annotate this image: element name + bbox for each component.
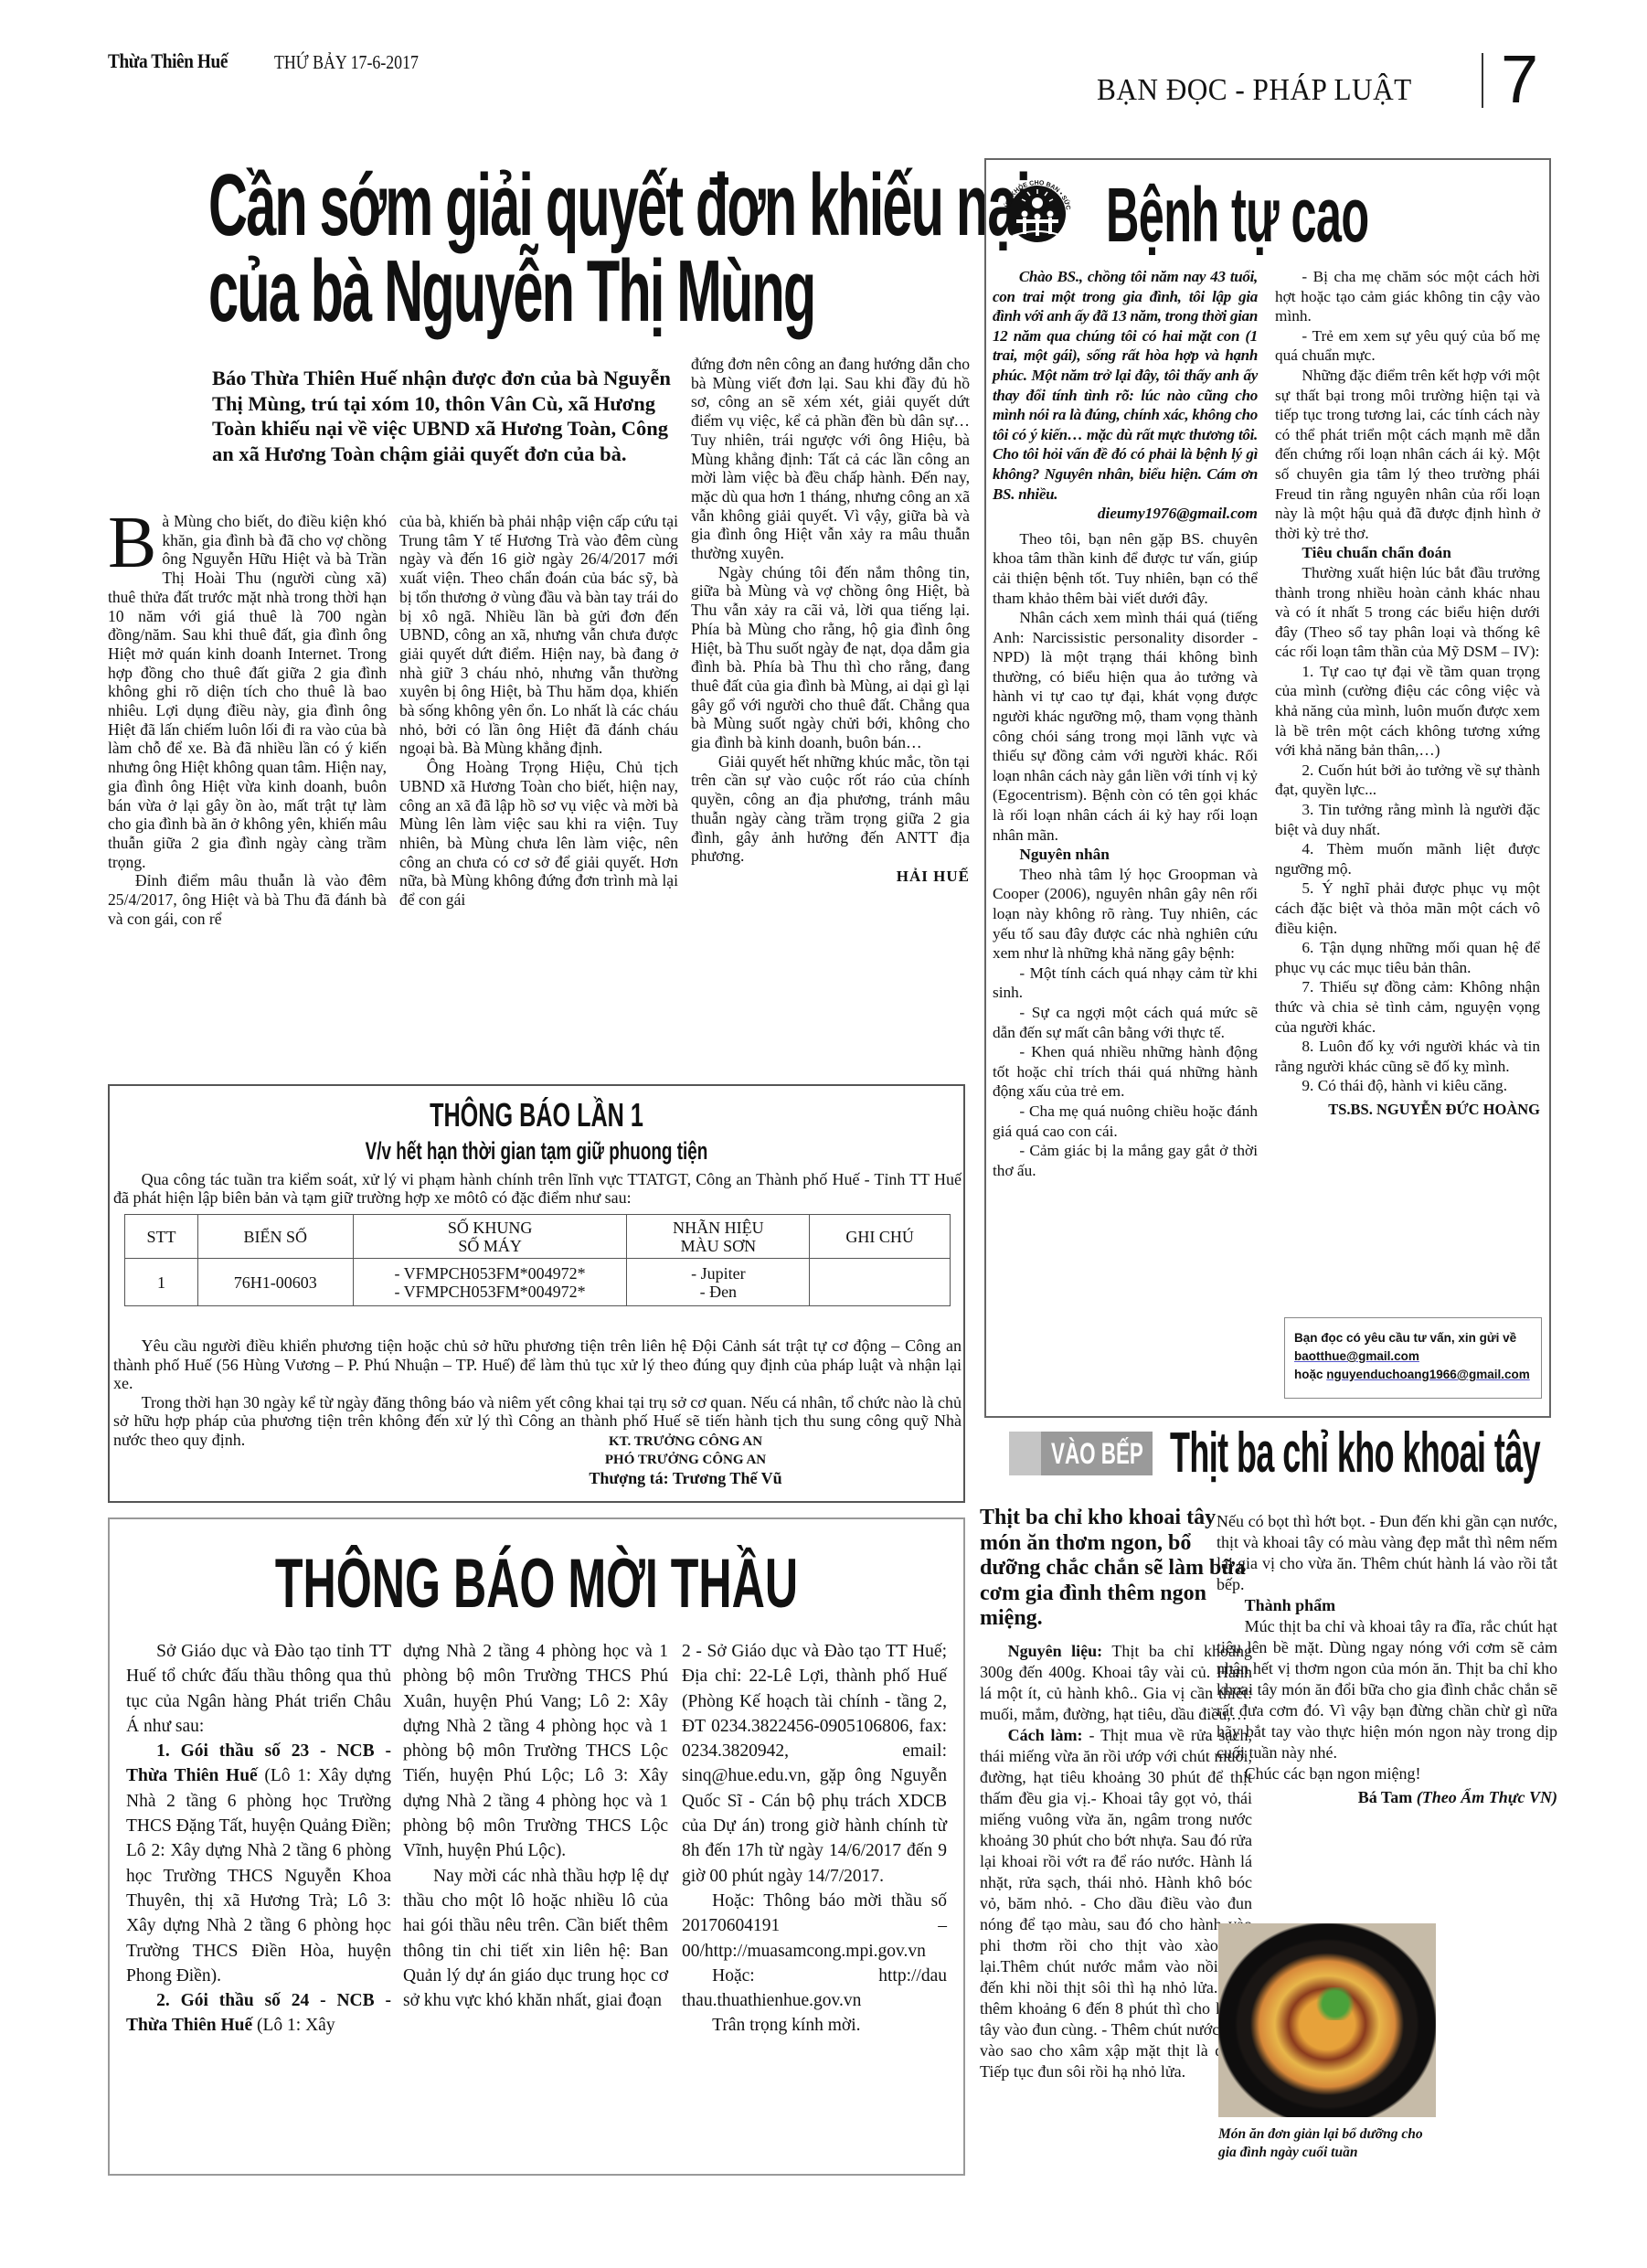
notice-title: THÔNG BÁO LẦN 1: [237, 1097, 837, 1134]
column-header: SỐ KHUNGSỐ MÁY: [353, 1215, 627, 1259]
lead-headline-line-2: của bà Nguyễn Thị Mùng: [208, 249, 685, 335]
contact-email-link-2[interactable]: nguyenduchoang1966@gmail.com: [1326, 1368, 1529, 1381]
cause-item: - Sự ca ngợi một cách quá mức sẽ dẫn đến…: [993, 1003, 1258, 1042]
lead-paragraph: Đỉnh điểm mâu thuẫn là vào đêm 25/4/2017…: [108, 871, 387, 928]
tender-column-2: dựng Nhà 2 tầng 4 phòng học và 1 phòng b…: [403, 1639, 668, 2013]
lead-paragraph: Bà Mùng cho biết, do điều kiện khó khăn,…: [108, 512, 387, 871]
recipe-lead: Thịt ba chỉ kho khoai tây món ăn thơm ng…: [980, 1506, 1252, 1632]
reader-question: Chào BS., chồng tôi năm nay 43 tuổi, con…: [993, 267, 1258, 504]
recipe-tag: VÀO BẾP: [1051, 1436, 1143, 1471]
notice-body: Yêu cầu người điều khiển phương tiện hoặ…: [113, 1336, 962, 1449]
lead-paragraph: Ngày chúng tôi đến nắm thông tin, giữa b…: [691, 563, 970, 752]
health-column-2: - Bị cha mẹ chăm sóc một cách hời hợt ho…: [1275, 267, 1540, 1120]
cell-brand-color: - Jupiter- Đen: [627, 1259, 810, 1306]
criteria-item: 4. Thèm muốn mãnh liệt được ngưỡng mộ.: [1275, 839, 1540, 878]
lead-column-1: Bà Mùng cho biết, do điều kiện khó khăn,…: [108, 512, 387, 928]
notice-intro: Qua công tác tuần tra kiểm soát, xử lý v…: [113, 1170, 962, 1207]
herb-garnish-icon: [1308, 1987, 1363, 2020]
cell-note: [810, 1259, 951, 1306]
answer-paragraph: Theo tôi, bạn nên gặp BS. chuyên khoa tâ…: [993, 529, 1258, 608]
tender-link[interactable]: Hoặc: Thông báo mời thầu số 20170604191 …: [682, 1889, 947, 1964]
health-column-1: Chào BS., chồng tôi năm nay 43 tuổi, con…: [993, 267, 1258, 1180]
contact-box: Bạn đọc có yêu cầu tư vấn, xin gửi về ba…: [1284, 1317, 1542, 1399]
cell-frame-engine: - VFMPCH053FM*004972*- VFMPCH053FM*00497…: [353, 1259, 627, 1306]
answer-paragraph: Theo nhà tâm lý học Groopman và Cooper (…: [993, 865, 1258, 964]
notice-signature: KT. TRƯỞNG CÔNG AN PHÓ TRƯỞNG CÔNG AN Th…: [548, 1432, 823, 1487]
section-name: BẠN ĐỌC - PHÁP LUẬT: [1097, 73, 1412, 108]
cause-item: - Một tính cách quá nhạy cảm từ khi sinh…: [993, 964, 1258, 1003]
column-header: BIỂN SỐ: [197, 1215, 353, 1259]
recipe-column-2: Nếu có bọt thì hớt bọt. - Đun đến khi gầ…: [1217, 1511, 1557, 1808]
cause-item: - Bị cha mẹ chăm sóc một cách hời hợt ho…: [1275, 267, 1540, 326]
notice-subtitle: V/v hết hạn thời gian tạm giữ phuong tiệ…: [237, 1137, 837, 1165]
recipe-title: Thịt ba chỉ kho khoai tây: [1170, 1422, 1540, 1485]
criteria-item: 9. Có thái độ, hành vi kiêu căng.: [1275, 1076, 1540, 1096]
table-row: 1 76H1-00603 - VFMPCH053FM*004972*- VFMP…: [125, 1259, 951, 1306]
answer-paragraph: Thường xuất hiện lúc bắt đầu trưởng thàn…: [1275, 563, 1540, 662]
criteria-item: 6. Tận dụng những mối quan hệ để phục vụ…: [1275, 938, 1540, 977]
criteria-item: 5. Ý nghĩ phải được phục vụ một cách đặc…: [1275, 878, 1540, 938]
lead-paragraph: Giải quyết hết những khúc mắc, tồn tại t…: [691, 752, 970, 866]
tender-title: THÔNG BÁO MỜI THẦU: [253, 1548, 819, 1621]
health-column-title: Bệnh tự cao: [1106, 174, 1369, 256]
health-logo-icon: SỨC KHỎE CHO BẠN • SỨC KHỎE CHO BẠN: [1000, 176, 1075, 250]
criteria-item: 3. Tin tưởng rằng mình là người đặc biệt…: [1275, 800, 1540, 839]
lead-paragraph: Ông Hoàng Trọng Hiệu, Chủ tịch UBND xã H…: [399, 758, 678, 910]
recipe-photo: [1218, 1923, 1436, 2117]
lead-headline: Cần sớm giải quyết đơn khiếu nại của bà …: [208, 163, 685, 335]
lead-intro: Báo Thừa Thiên Huế nhận được đơn của bà …: [212, 366, 687, 466]
cell-plate: 76H1-00603: [197, 1259, 353, 1306]
table-header-row: STT BIỂN SỐ SỐ KHUNGSỐ MÁY NHÃN HIỆUMÀU …: [125, 1215, 951, 1259]
cell-stt: 1: [125, 1259, 198, 1306]
tender-column-1: Sở Giáo dục và Đào tạo tỉnh TT Huế tổ ch…: [126, 1639, 391, 2039]
criteria-heading: Tiêu chuẩn chẩn đoán: [1275, 543, 1540, 563]
vehicle-table: STT BIỂN SỐ SỐ KHUNGSỐ MÁY NHÃN HIỆUMÀU …: [124, 1214, 951, 1306]
health-author: TS.BS. NGUYỄN ĐỨC HOÀNG: [1275, 1100, 1540, 1120]
recipe-tag-accent: [1009, 1432, 1041, 1475]
lead-byline: HẢI HUẾ: [691, 868, 970, 887]
lead-headline-line-1: Cần sớm giải quyết đơn khiếu nại: [208, 163, 685, 249]
tender-column-3: 2 - Sở Giáo dục và Đào tạo TT Huế; Địa c…: [682, 1639, 947, 2039]
contact-line-2: hoặc nguyenduchoang1966@gmail.com: [1294, 1366, 1532, 1384]
result-heading: Thành phẩm: [1217, 1595, 1557, 1616]
reader-email: dieumy1976@gmail.com: [993, 504, 1258, 524]
lead-paragraph: của bà, khiến bà phải nhập viện cấp cứu …: [399, 512, 678, 758]
cause-item: - Cha mẹ quá nuông chiều hoặc đánh giá q…: [993, 1102, 1258, 1141]
cause-heading: Nguyên nhân: [993, 845, 1258, 865]
lead-paragraph: đứng đơn nên công an đang hướng dẫn cho …: [691, 355, 970, 563]
masthead: Thừa Thiên Huế: [108, 49, 228, 73]
recipe-byline: Bá Tam (Theo Ẩm Thực VN): [1217, 1787, 1557, 1808]
column-header: NHÃN HIỆUMÀU SƠN: [627, 1215, 810, 1259]
answer-paragraph: Những đặc điểm trên kết hợp với một sự t…: [1275, 366, 1540, 543]
cause-item: - Cảm giác bị la mắng gay gắt ở thời thơ…: [993, 1141, 1258, 1180]
recipe-column-1: Thịt ba chỉ kho khoai tây món ăn thơm ng…: [980, 1506, 1252, 2082]
column-header: STT: [125, 1215, 198, 1259]
tender-link[interactable]: Hoặc: http://dau thau.thuathienhue.gov.v…: [682, 1964, 947, 2014]
contact-email-link[interactable]: baotthue@gmail.com: [1294, 1347, 1532, 1366]
issue-date: THỨ BẢY 17-6-2017: [274, 51, 419, 74]
page-number-divider: [1482, 53, 1483, 108]
contact-line: Bạn đọc có yêu cầu tư vấn, xin gửi về: [1294, 1329, 1532, 1347]
answer-paragraph: Nhân cách xem mình thái quá (tiếng Anh: …: [993, 608, 1258, 845]
criteria-item: 8. Luôn đố kỵ với người khác và tin rằng…: [1275, 1037, 1540, 1076]
criteria-item: 2. Cuốn hút bởi ảo tưởng về sự thành đạt…: [1275, 761, 1540, 800]
column-header: GHI CHÚ: [810, 1215, 951, 1259]
criteria-item: 1. Tự cao tự đại về tầm quan trọng của m…: [1275, 662, 1540, 761]
cause-item: - Khen quá nhiều những hành động tốt hoặ…: [993, 1042, 1258, 1102]
criteria-item: 7. Thiếu sự đồng cảm: Không nhận thức và…: [1275, 977, 1540, 1037]
cause-item: - Trẻ em xem sự yêu quý của bố mẹ quá ch…: [1275, 326, 1540, 366]
lead-column-3: đứng đơn nên công an đang hướng dẫn cho …: [691, 355, 970, 887]
photo-caption: Món ăn đơn giản lại bổ dưỡng cho gia đìn…: [1218, 2125, 1438, 2162]
page-number: 7: [1501, 46, 1538, 113]
drop-cap: B: [108, 514, 156, 572]
lead-column-2: của bà, khiến bà phải nhập viện cấp cứu …: [399, 512, 678, 910]
